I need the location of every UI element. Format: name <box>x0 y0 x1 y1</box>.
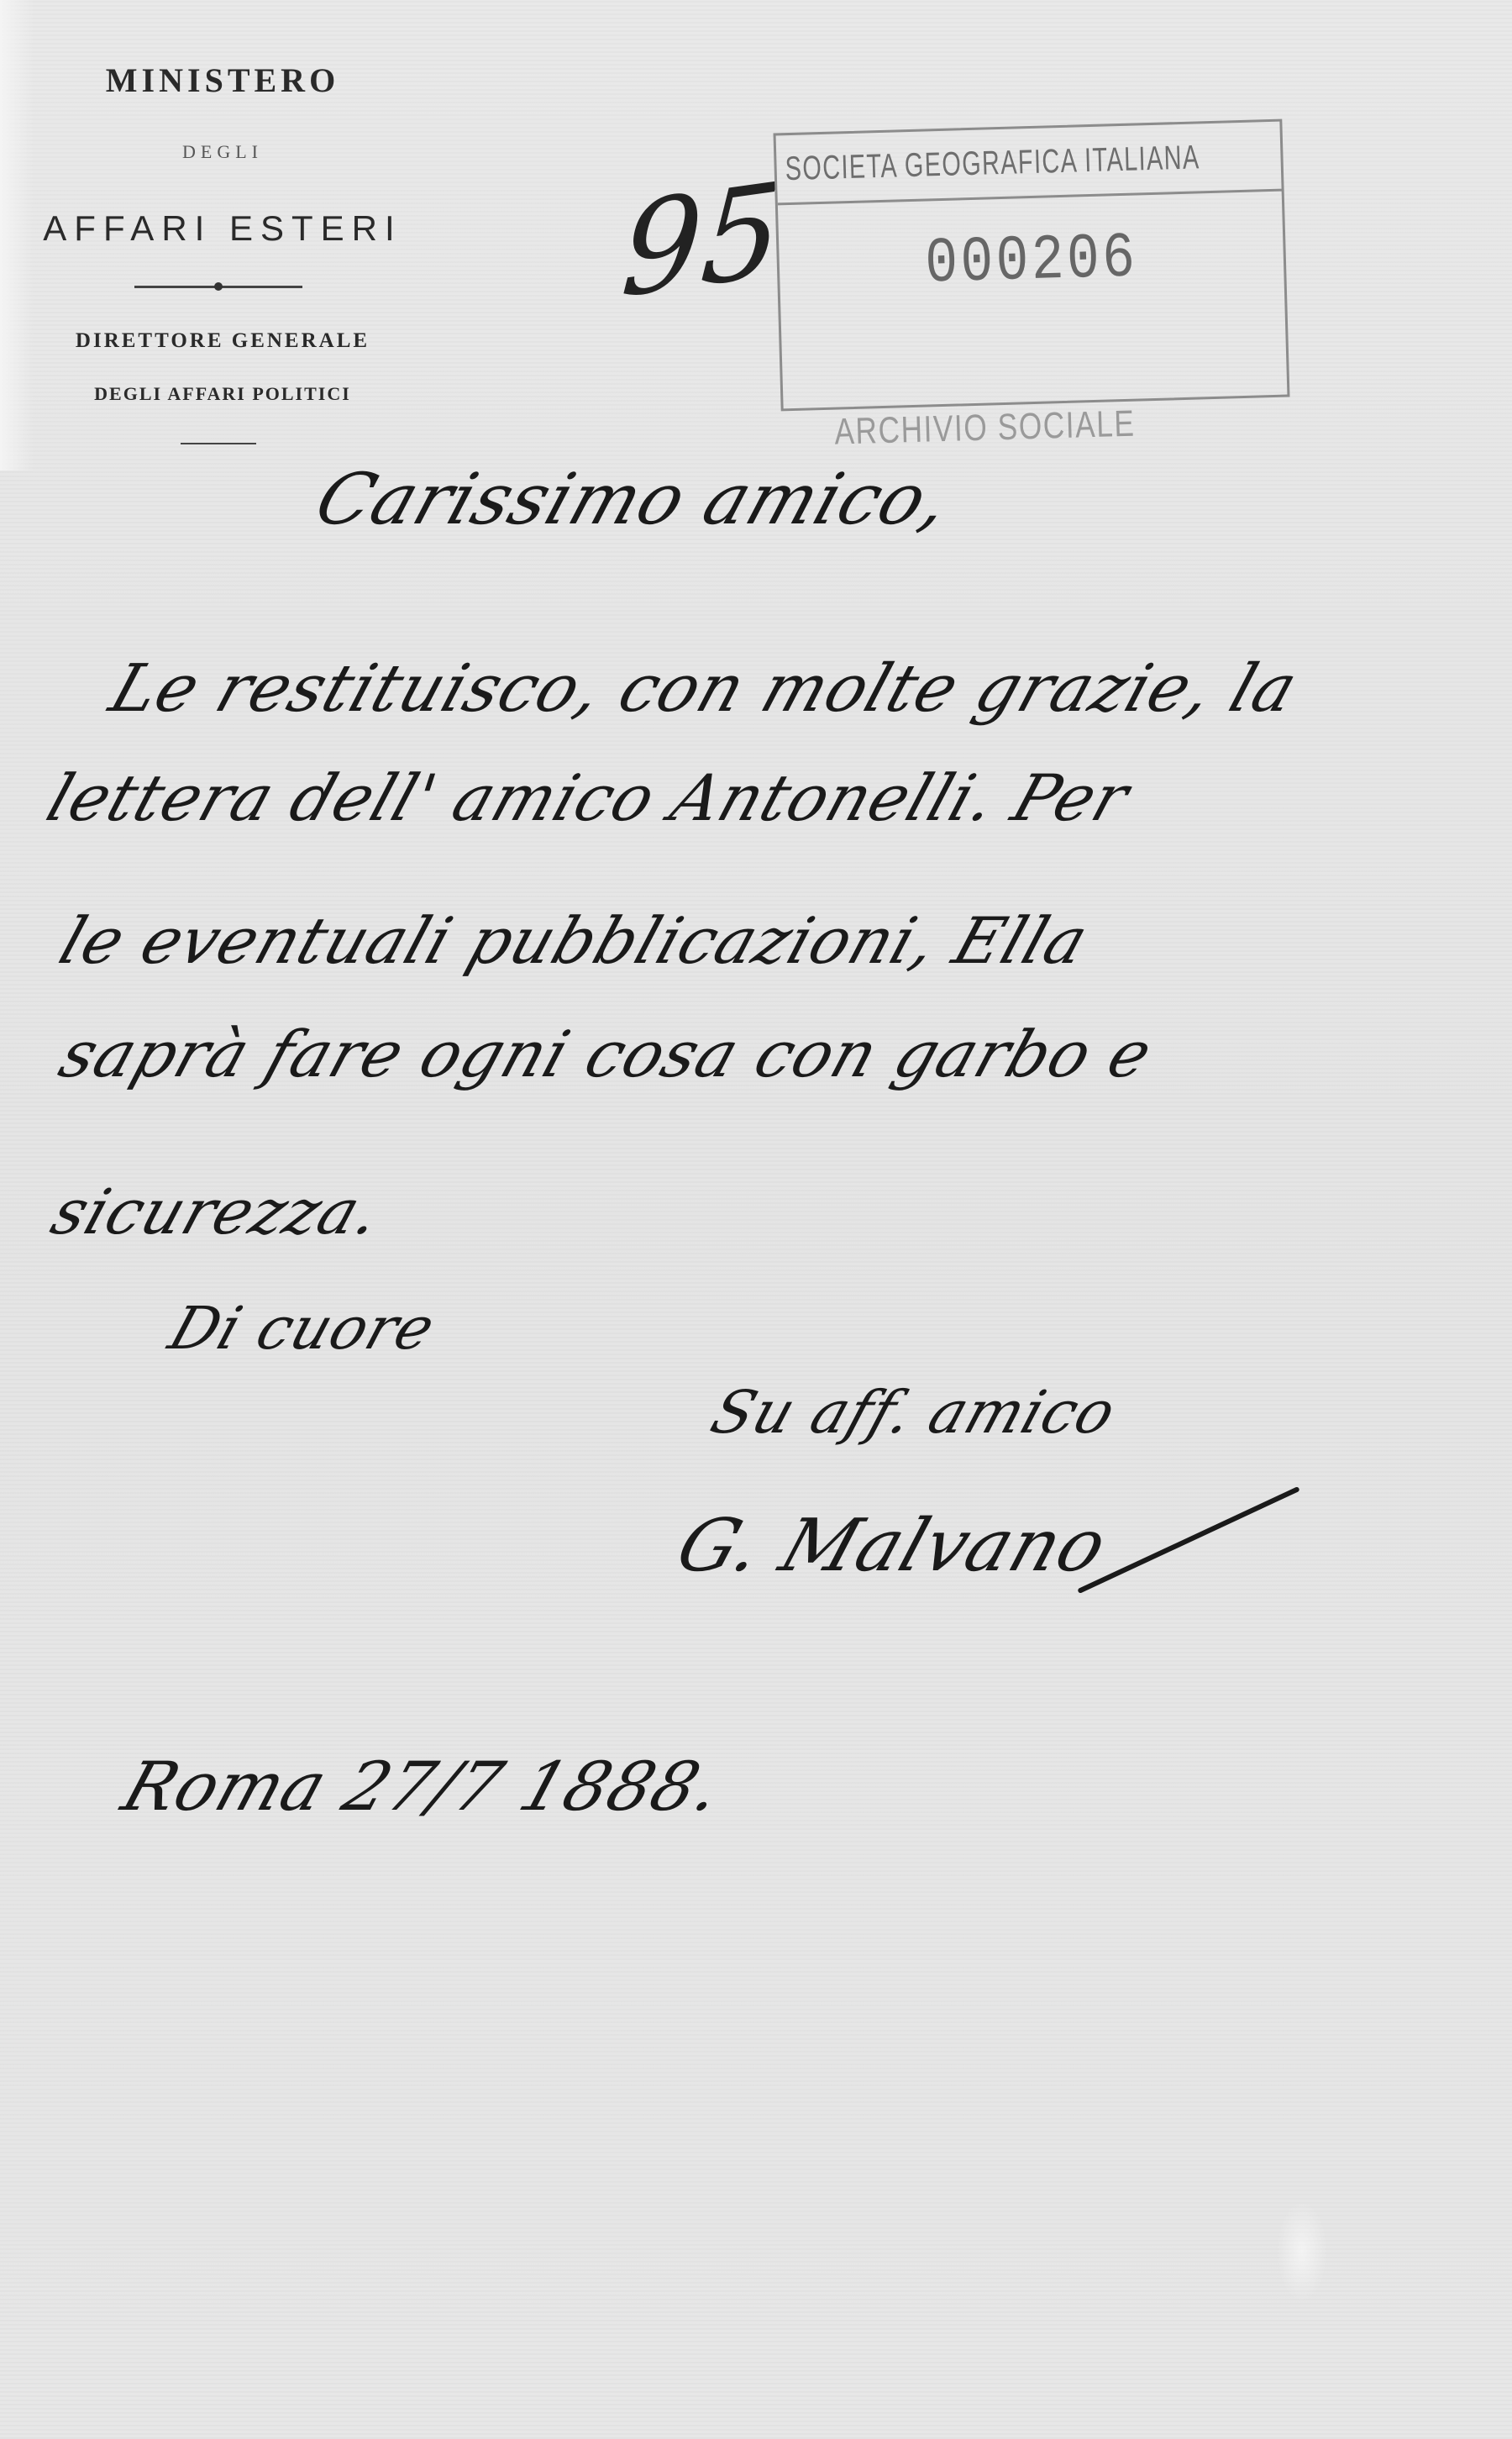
letterhead-ministero: MINISTERO <box>50 60 395 100</box>
letterhead-divider-small <box>181 443 256 444</box>
closing: Di cuore <box>161 1294 444 1363</box>
stamp-institution: SOCIETA GEOGRAFICA ITALIANA <box>776 122 1283 206</box>
stamp-label: ARCHIVIO SOCIALE <box>834 403 1136 454</box>
body-line: Le restituisco, con molte grazie, la <box>101 651 1306 727</box>
archive-stamp: SOCIETA GEOGRAFICA ITALIANA 000206 ARCHI… <box>773 119 1289 412</box>
folio-number: 95 <box>617 155 786 327</box>
body-line: saprà fare ogni cosa con garbo e <box>51 1017 1162 1091</box>
complimentary-close: Su aff. amico <box>703 1378 1125 1447</box>
body-line: lettera dell' amico Antonelli. Per <box>39 760 1139 835</box>
letterhead-degli: DEGLI <box>50 141 395 163</box>
body-line: sicurezza. <box>43 1176 390 1248</box>
date-line: Roma 27/7 1888. <box>113 1748 732 1826</box>
salutation: Carissimo amico, <box>306 458 961 540</box>
letterhead-direttore-generale: DIRETTORE GENERALE <box>17 329 428 353</box>
letterhead-affari-politici: DEGLI AFFARI POLITICI <box>34 383 412 405</box>
paper-crease <box>1277 2201 1327 2302</box>
stamp-number: 000206 <box>816 219 1247 303</box>
body-line: le eventuali pubblicazioni, Ella <box>51 903 1098 978</box>
letterhead-divider <box>134 286 302 288</box>
letterhead-affari-esteri: AFFARI ESTERI <box>17 208 428 249</box>
signature: G. Malvano <box>667 1504 1118 1588</box>
